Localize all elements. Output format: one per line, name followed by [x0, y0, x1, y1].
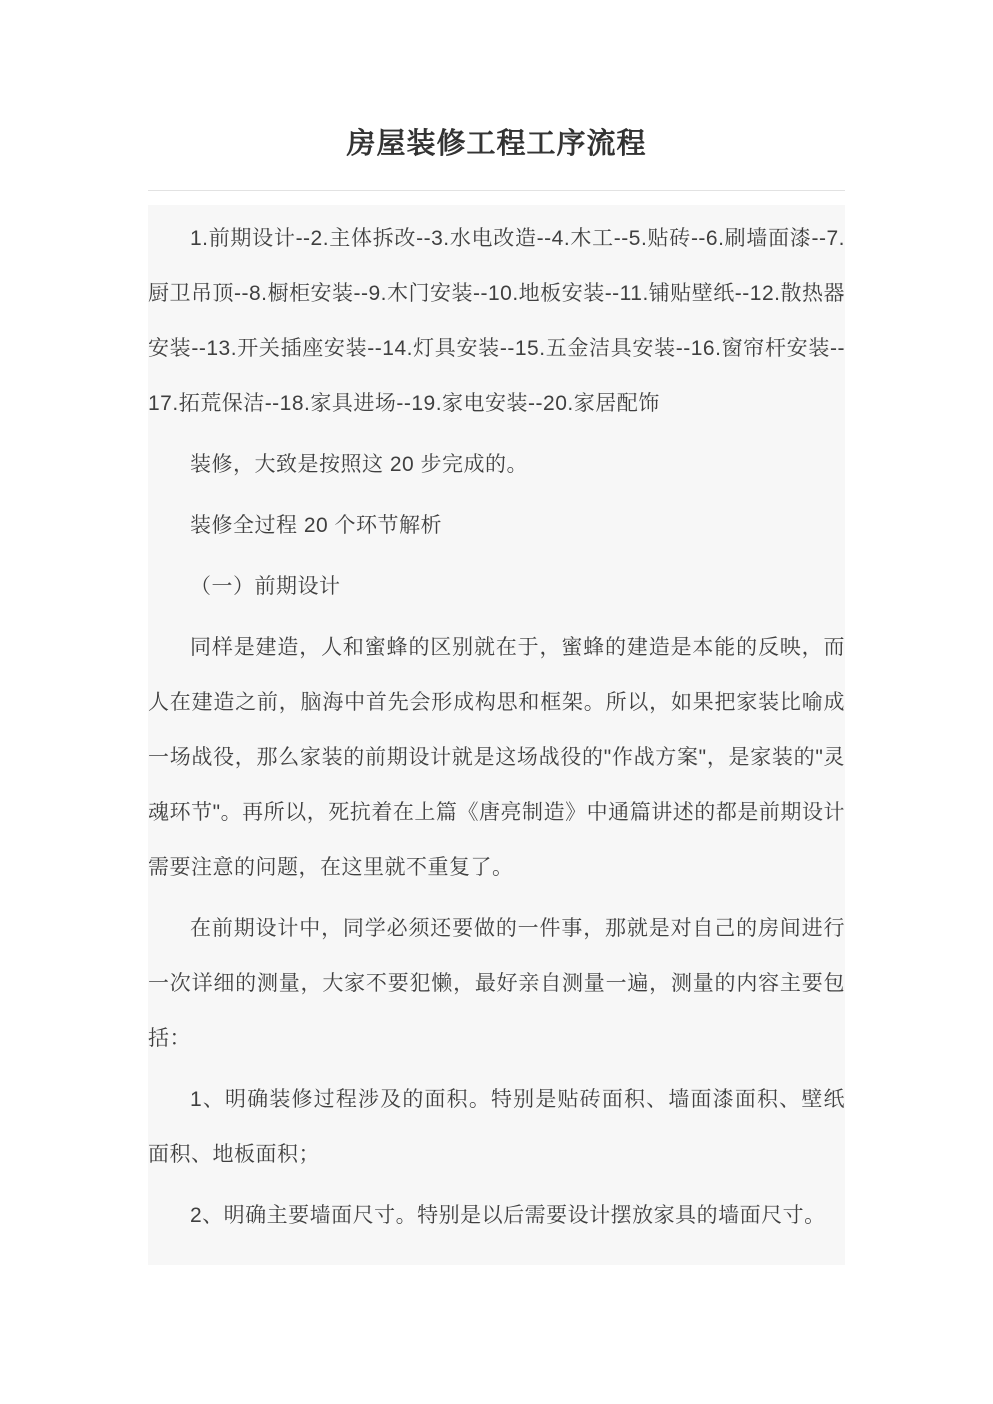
process-overview-paragraph: 装修全过程 20 个环节解析 [148, 498, 845, 553]
title-divider [148, 190, 845, 191]
measurement-advice-paragraph: 在前期设计中，同学必须还要做的一件事，那就是对自己的房间进行一次详细的测量，大家… [148, 901, 845, 1066]
measure-item-1-paragraph: 1、明确装修过程涉及的面积。特别是贴砖面积、墙面漆面积、壁纸面积、地板面积； [148, 1072, 845, 1182]
steps-summary-paragraph: 装修，大致是按照这 20 步完成的。 [148, 437, 845, 492]
design-explanation-paragraph: 同样是建造，人和蜜蜂的区别就在于，蜜蜂的建造是本能的反映，而人在建造之前，脑海中… [148, 620, 845, 895]
steps-sequence-paragraph: 1.前期设计--2.主体拆改--3.水电改造--4.木工--5.贴砖--6.刷墙… [148, 211, 845, 431]
section-one-heading-paragraph: （一）前期设计 [148, 559, 845, 614]
document-title: 房屋装修工程工序流程 [148, 0, 845, 168]
document-page: 房屋装修工程工序流程 1.前期设计--2.主体拆改--3.水电改造--4.木工-… [0, 0, 993, 1404]
measure-item-2-paragraph: 2、明确主要墙面尺寸。特别是以后需要设计摆放家具的墙面尺寸。 [148, 1188, 845, 1243]
content-block: 1.前期设计--2.主体拆改--3.水电改造--4.木工--5.贴砖--6.刷墙… [148, 205, 845, 1265]
